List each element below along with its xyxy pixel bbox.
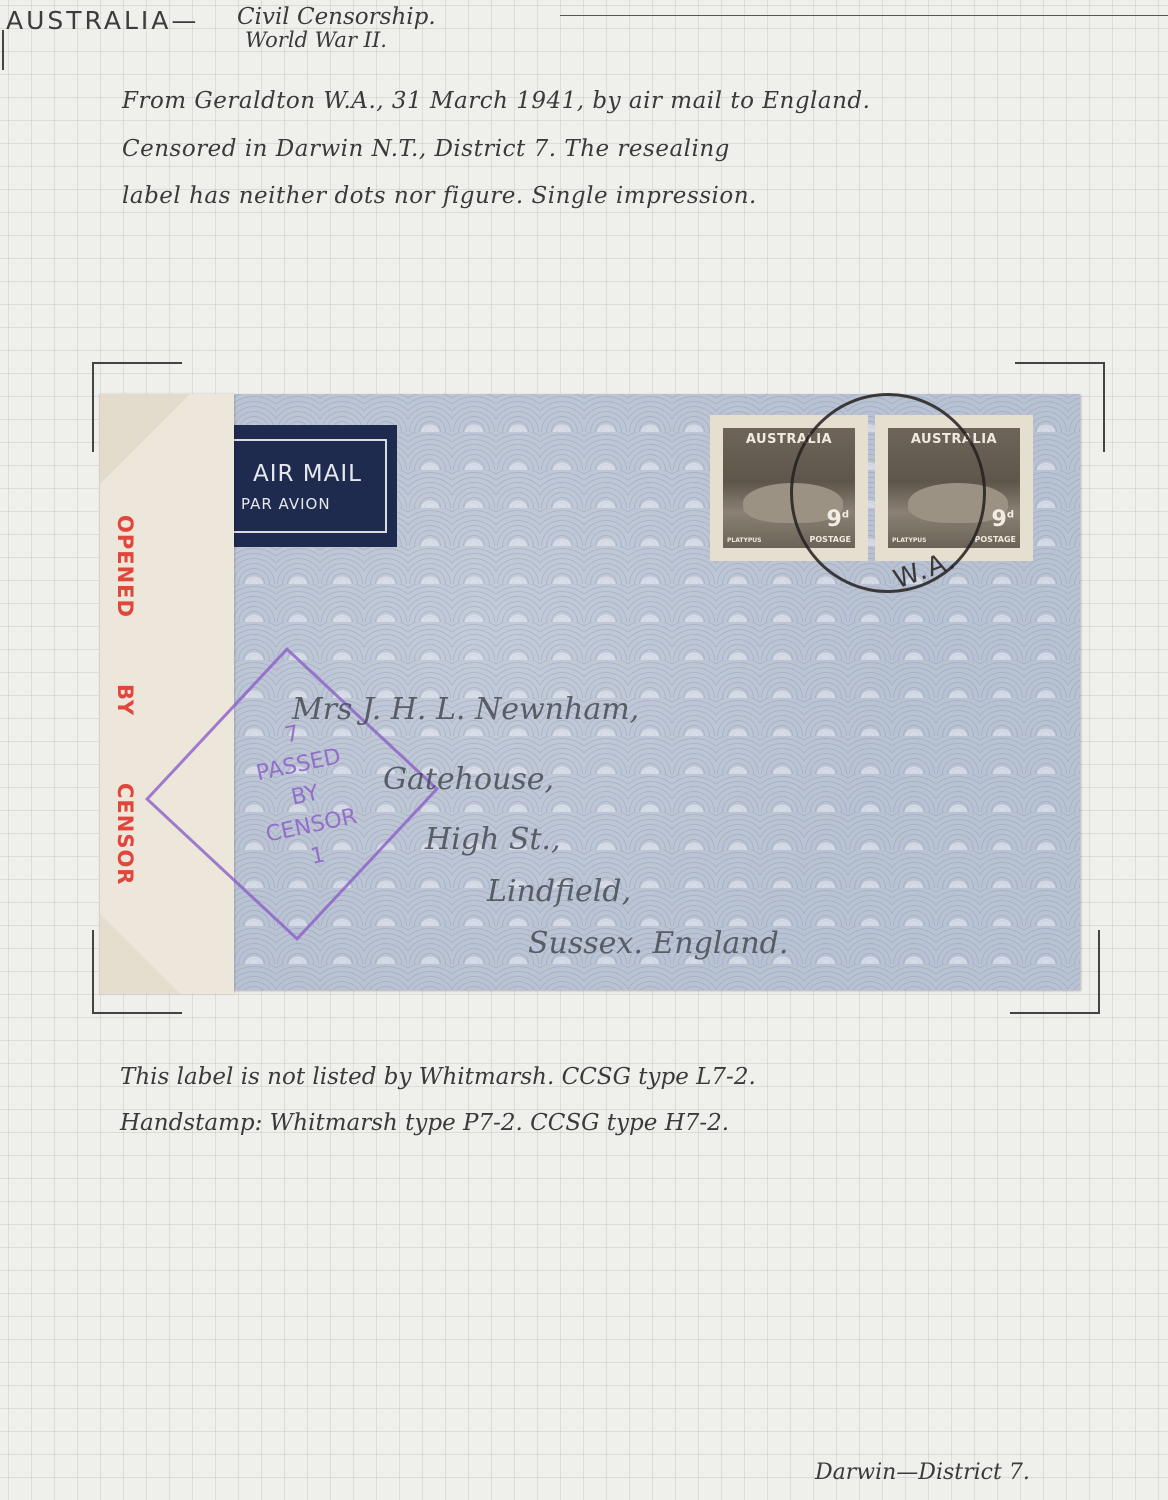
censor-label-word: OPENED (107, 515, 137, 618)
description-line-3: label has neither dots nor figure. Singl… (122, 183, 757, 209)
page-subtitle-line2: World War II. (245, 28, 387, 52)
stamp-inscription: POSTAGE (975, 535, 1016, 544)
stamp-value: 9d (992, 507, 1014, 532)
address-line-4: Lindfield, (487, 874, 631, 909)
page-footer: Darwin—District 7. (815, 1460, 1030, 1485)
page-edge-mark (2, 30, 4, 70)
note-line-1: This label is not listed by Whitmarsh. C… (120, 1064, 756, 1090)
stamp-subject: PLATYPUS (727, 537, 761, 544)
address-line-5: Sussex. England. (528, 926, 788, 961)
airmail-label-french: PAR AVION (241, 495, 331, 513)
address-line-1: Mrs J. H. L. Newnham, (292, 692, 639, 727)
censor-label-word: BY (107, 684, 137, 716)
description-line-1: From Geraldton W.A., 31 March 1941, by a… (122, 88, 870, 114)
header-rule (560, 15, 1168, 16)
airmail-label-english: AIR MAIL (253, 461, 362, 487)
airmail-etiquette: AIR MAIL PAR AVION (233, 425, 397, 547)
label-fold (100, 394, 190, 484)
label-fold (100, 914, 180, 994)
censor-label-text: OPENED BY CENSOR (107, 515, 137, 885)
description-line-2: Censored in Darwin N.T., District 7. The… (122, 136, 730, 162)
page-title: AUSTRALIA— (6, 6, 199, 35)
censor-label-word: CENSOR (107, 783, 137, 885)
page-subtitle-line1: Civil Censorship. (237, 4, 436, 30)
address-line-2: Gatehouse, (383, 762, 554, 797)
note-line-2: Handstamp: Whitmarsh type P7-2. CCSG typ… (120, 1110, 729, 1136)
address-line-3: High St., (425, 822, 561, 857)
